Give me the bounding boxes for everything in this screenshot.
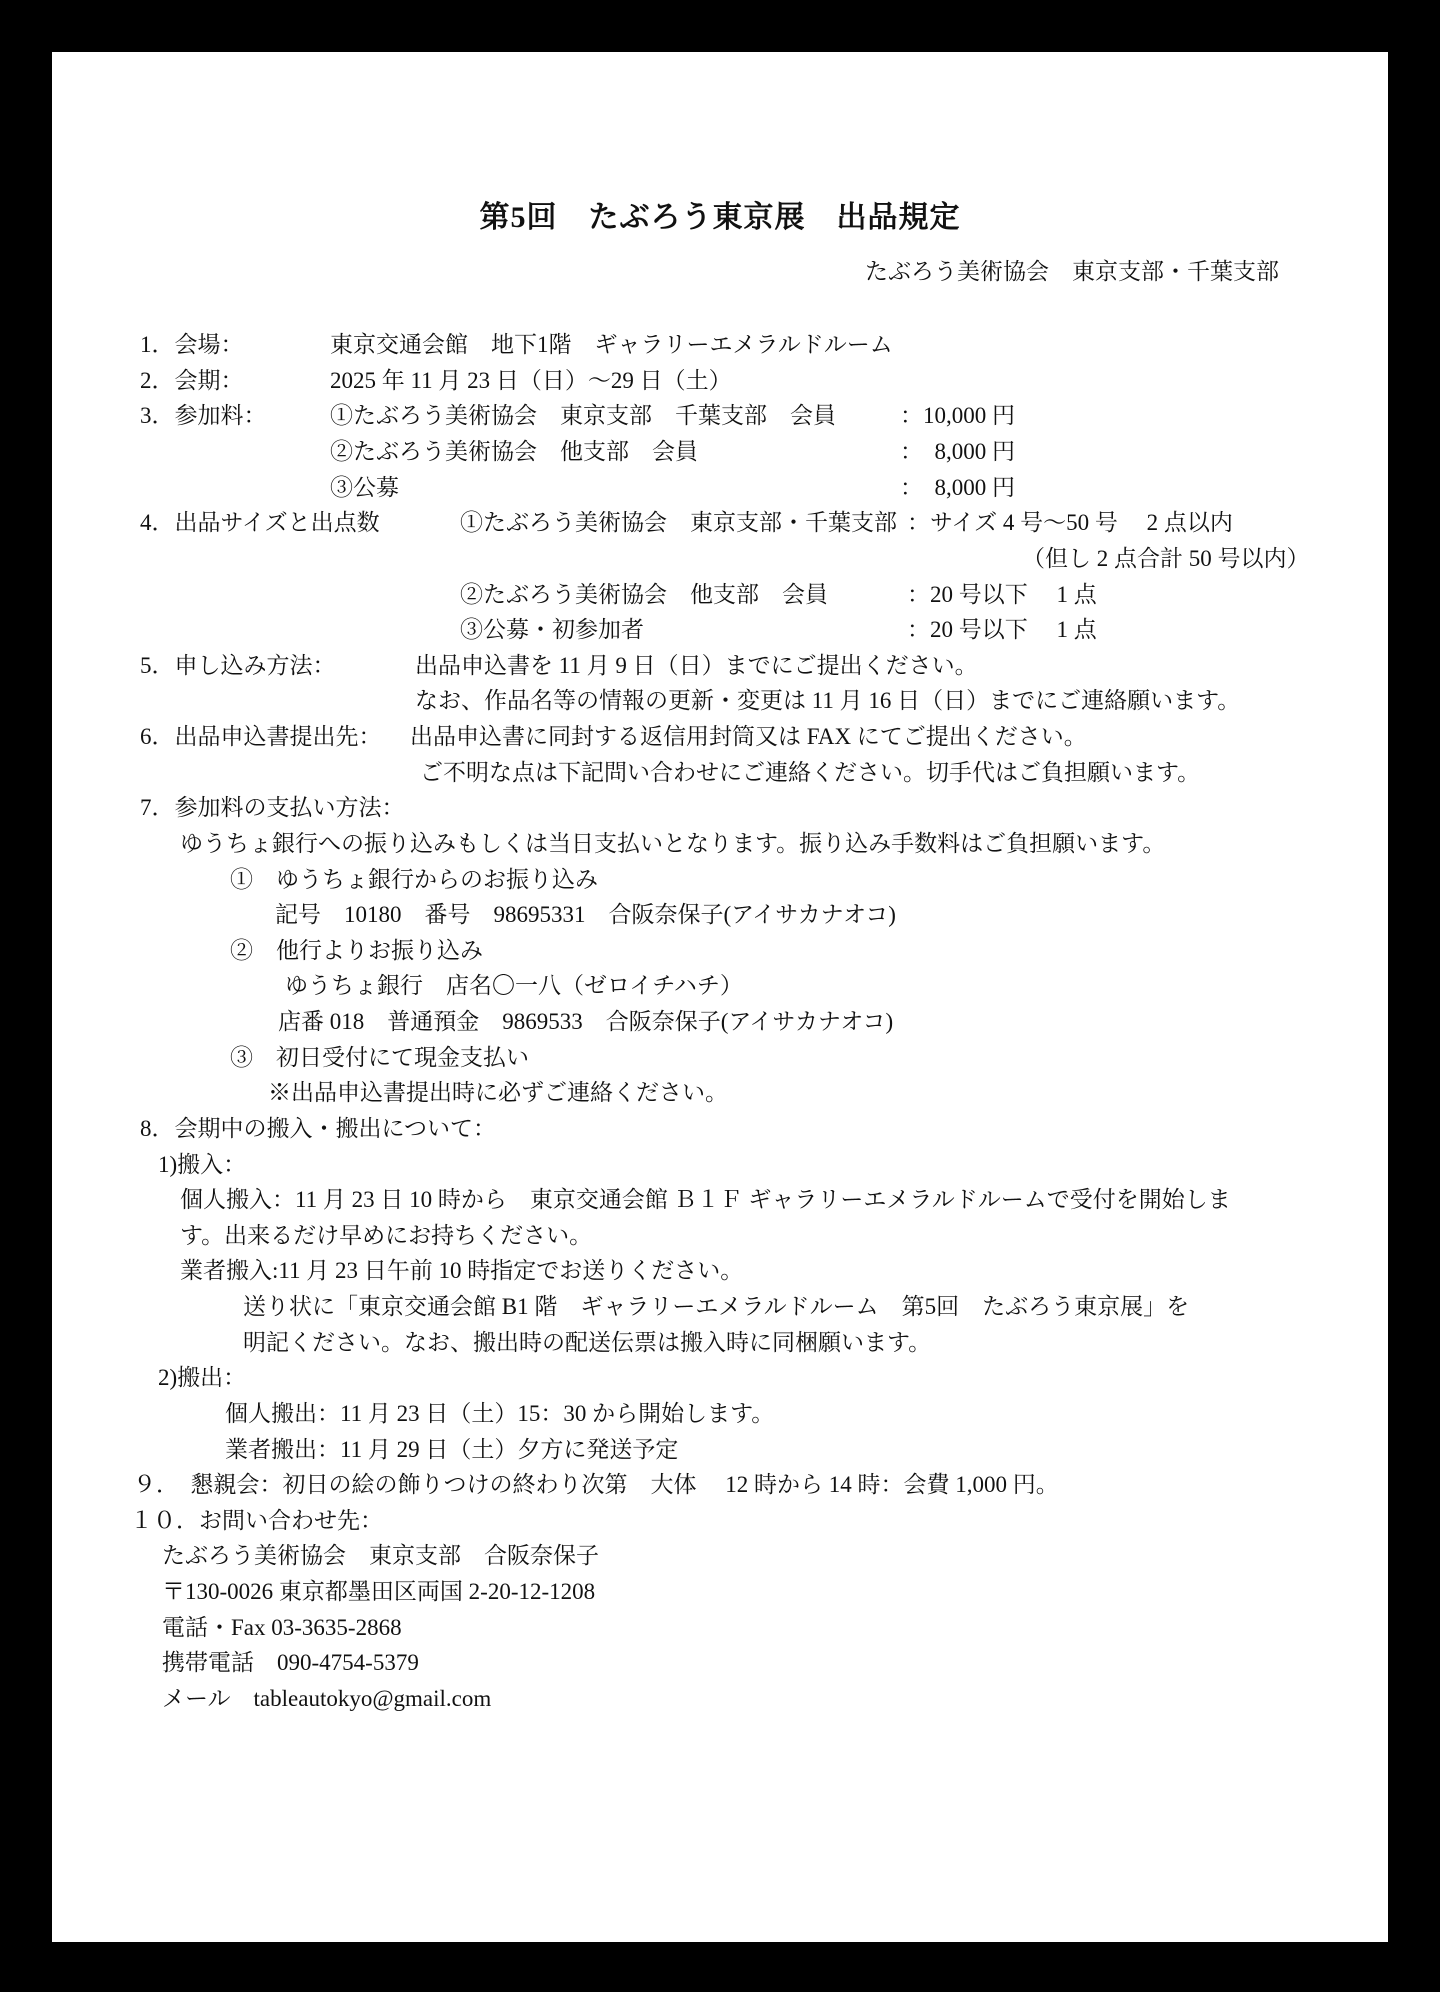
line-segment: １０．お問い合わせ先： — [130, 1506, 383, 1536]
document-line: 2)搬出： — [52, 1363, 1388, 1396]
line-segment: 3．参加料： — [140, 401, 267, 431]
document-line: 6．出品申込書提出先：出品申込書に同封する返信用封筒又は FAX にてご提出くだ… — [52, 722, 1388, 755]
document-page: 第5回 たぶろう東京展 出品規定 たぶろう美術協会 東京支部・千葉支部 1．会場… — [52, 52, 1388, 1942]
document-line: 個人搬出：11 月 23 日（土）15：30 から開始します。 — [52, 1399, 1388, 1432]
line-segment: ９． 懇親会：初日の絵の飾りつけの終わり次第 大体 12 時から 14 時：会費… — [133, 1470, 1059, 1500]
line-segment: ゆうちょ銀行 店名〇一八（ゼロイチハチ） — [285, 971, 743, 1001]
document-line: ① ゆうちょ銀行からのお振り込み — [52, 865, 1388, 898]
line-segment: ①たぶろう美術協会 東京支部・千葉支部 — [460, 508, 897, 538]
line-segment: ご不明な点は下記問い合わせにご連絡ください。切手代はご負担願います。 — [420, 758, 1200, 788]
line-segment: ②たぶろう美術協会 他支部 会員 — [460, 580, 828, 610]
line-segment: 送り状に「東京交通会館 B1 階 ギャラリーエメラルドルーム 第5回 たぶろう東… — [243, 1292, 1189, 1322]
line-segment: 8．会期中の搬入・搬出について： — [140, 1114, 496, 1144]
line-segment: 電話・Fax 03-3635-2868 — [162, 1613, 402, 1643]
line-segment: 携帯電話 090-4754-5379 — [162, 1648, 419, 1678]
line-segment: （但し 2 点合計 50 号以内） — [1022, 544, 1310, 574]
document-line: 1．会場：東京交通会館 地下1階 ギャラリーエメラルドルーム — [52, 330, 1388, 363]
line-segment: す。出来るだけ早めにお持ちください。 — [180, 1221, 592, 1251]
line-segment: ： 8,000 円 — [900, 437, 1015, 467]
document-line: 4．出品サイズと出点数①たぶろう美術協会 東京支部・千葉支部：サイズ 4 号～5… — [52, 508, 1388, 541]
line-segment: 個人搬出：11 月 23 日（土）15：30 から開始します。 — [225, 1399, 774, 1429]
line-segment: 〒130-0026 東京都墨田区両国 2-20-12-1208 — [162, 1577, 595, 1607]
document-line: ②たぶろう美術協会 他支部 会員： 8,000 円 — [52, 437, 1388, 470]
document-line: 送り状に「東京交通会館 B1 階 ギャラリーエメラルドルーム 第5回 たぶろう東… — [52, 1292, 1388, 1325]
document-line: （但し 2 点合計 50 号以内） — [52, 544, 1388, 577]
document-subtitle: たぶろう美術協会 東京支部・千葉支部 — [865, 253, 1279, 286]
line-segment: 5．申し込み方法： — [140, 651, 336, 681]
line-segment: ② 他行よりお振り込み — [230, 936, 483, 966]
document-line: 明記ください。なお、搬出時の配送伝票は搬入時に同梱願います。 — [52, 1328, 1388, 1361]
line-segment: 業者搬出：11 月 29 日（土）夕方に発送予定 — [225, 1435, 678, 1465]
screen-background: { "colors": { "frame_bg": "#000000", "pa… — [0, 0, 1440, 1992]
line-segment: ： 8,000 円 — [900, 473, 1015, 503]
line-segment: 出品申込書に同封する返信用封筒又は FAX にてご提出ください。 — [410, 722, 1087, 752]
document-line: ③公募： 8,000 円 — [52, 473, 1388, 506]
document-line: １０．お問い合わせ先： — [52, 1506, 1388, 1539]
line-segment: ① ゆうちょ銀行からのお振り込み — [230, 865, 598, 895]
document-line: 7．参加料の支払い方法： — [52, 793, 1388, 826]
line-segment: 6．出品申込書提出先： — [140, 722, 382, 752]
line-segment: 東京交通会館 地下1階 ギャラリーエメラルドルーム — [330, 330, 893, 360]
document-line: ② 他行よりお振り込み — [52, 936, 1388, 969]
line-segment: ：20 号以下 1 点 — [907, 580, 1097, 610]
line-segment: なお、作品名等の情報の更新・変更は 11 月 16 日（日）までにご連絡願います… — [415, 686, 1240, 716]
document-line: なお、作品名等の情報の更新・変更は 11 月 16 日（日）までにご連絡願います… — [52, 686, 1388, 719]
document-line: 〒130-0026 東京都墨田区両国 2-20-12-1208 — [52, 1577, 1388, 1610]
document-line: ９． 懇親会：初日の絵の飾りつけの終わり次第 大体 12 時から 14 時：会費… — [52, 1470, 1388, 1503]
line-segment: ③公募・初参加者 — [460, 615, 644, 645]
line-segment: 業者搬入:11 月 23 日午前 10 時指定でお送りください。 — [180, 1256, 743, 1286]
line-segment: 2)搬出： — [158, 1363, 246, 1393]
document-line: 記号 10180 番号 98695331 合阪奈保子(アイサカナオコ) — [52, 900, 1388, 933]
line-segment: 店番 018 普通預金 9869533 合阪奈保子(アイサカナオコ) — [278, 1007, 893, 1037]
document-line: 1)搬入： — [52, 1150, 1388, 1183]
document-line: 業者搬出：11 月 29 日（土）夕方に発送予定 — [52, 1435, 1388, 1468]
document-line: ゆうちょ銀行 店名〇一八（ゼロイチハチ） — [52, 971, 1388, 1004]
line-segment: 2025 年 11 月 23 日（日）～29 日（土） — [330, 366, 732, 396]
line-segment: 明記ください。なお、搬出時の配送伝票は搬入時に同梱願います。 — [243, 1328, 931, 1358]
document-line: 2．会期：2025 年 11 月 23 日（日）～29 日（土） — [52, 366, 1388, 399]
document-line: ②たぶろう美術協会 他支部 会員：20 号以下 1 点 — [52, 580, 1388, 613]
line-segment: ③ 初日受付にて現金支払い — [230, 1043, 529, 1073]
document-line: 8．会期中の搬入・搬出について： — [52, 1114, 1388, 1147]
document-line: 個人搬入：11 月 23 日 10 時から 東京交通会館 Ｂ１Ｆ ギャラリーエメ… — [52, 1185, 1388, 1218]
document-line: ゆうちょ銀行への振り込みもしくは当日支払いとなります。振り込み手数料はご負担願い… — [52, 829, 1388, 862]
line-segment: ：20 号以下 1 点 — [907, 615, 1097, 645]
line-segment: 記号 10180 番号 98695331 合阪奈保子(アイサカナオコ) — [275, 900, 896, 930]
line-segment: ※出品申込書提出時に必ずご連絡ください。 — [268, 1078, 728, 1108]
line-segment: 出品申込書を 11 月 9 日（日）までにご提出ください。 — [415, 651, 978, 681]
line-segment: ①たぶろう美術協会 東京支部 千葉支部 会員 — [330, 401, 836, 431]
document-line: 携帯電話 090-4754-5379 — [52, 1648, 1388, 1681]
document-title: 第5回 たぶろう東京展 出品規定 — [52, 192, 1388, 236]
line-segment: 1)搬入： — [158, 1150, 246, 1180]
line-segment: ：10,000 円 — [900, 401, 1015, 431]
document-line: ③公募・初参加者：20 号以下 1 点 — [52, 615, 1388, 648]
line-segment: ：サイズ 4 号～50 号 2 点以内 — [907, 508, 1233, 538]
document-line: たぶろう美術協会 東京支部 合阪奈保子 — [52, 1541, 1388, 1574]
document-line: 業者搬入:11 月 23 日午前 10 時指定でお送りください。 — [52, 1256, 1388, 1289]
line-segment: ③公募 — [330, 473, 399, 503]
document-line: ご不明な点は下記問い合わせにご連絡ください。切手代はご負担願います。 — [52, 758, 1388, 791]
line-segment: メール tableautokyo@gmail.com — [162, 1684, 491, 1714]
line-segment: 2．会期： — [140, 366, 244, 396]
line-segment: 4．出品サイズと出点数 — [140, 508, 380, 538]
line-segment: ②たぶろう美術協会 他支部 会員 — [330, 437, 698, 467]
document-line: 3．参加料：①たぶろう美術協会 東京支部 千葉支部 会員：10,000 円 — [52, 401, 1388, 434]
document-line: メール tableautokyo@gmail.com — [52, 1684, 1388, 1717]
document-line: ※出品申込書提出時に必ずご連絡ください。 — [52, 1078, 1388, 1111]
line-segment: 7．参加料の支払い方法： — [140, 793, 405, 823]
line-segment: たぶろう美術協会 東京支部 合阪奈保子 — [162, 1541, 599, 1571]
line-segment: ゆうちょ銀行への振り込みもしくは当日支払いとなります。振り込み手数料はご負担願い… — [180, 829, 1165, 859]
document-line: ③ 初日受付にて現金支払い — [52, 1043, 1388, 1076]
document-line: 5．申し込み方法：出品申込書を 11 月 9 日（日）までにご提出ください。 — [52, 651, 1388, 684]
line-segment: 個人搬入：11 月 23 日 10 時から 東京交通会館 Ｂ１Ｆ ギャラリーエメ… — [180, 1185, 1231, 1215]
line-segment: 1．会場： — [140, 330, 244, 360]
document-line: 店番 018 普通預金 9869533 合阪奈保子(アイサカナオコ) — [52, 1007, 1388, 1040]
document-line: 電話・Fax 03-3635-2868 — [52, 1613, 1388, 1646]
document-line: す。出来るだけ早めにお持ちください。 — [52, 1221, 1388, 1254]
